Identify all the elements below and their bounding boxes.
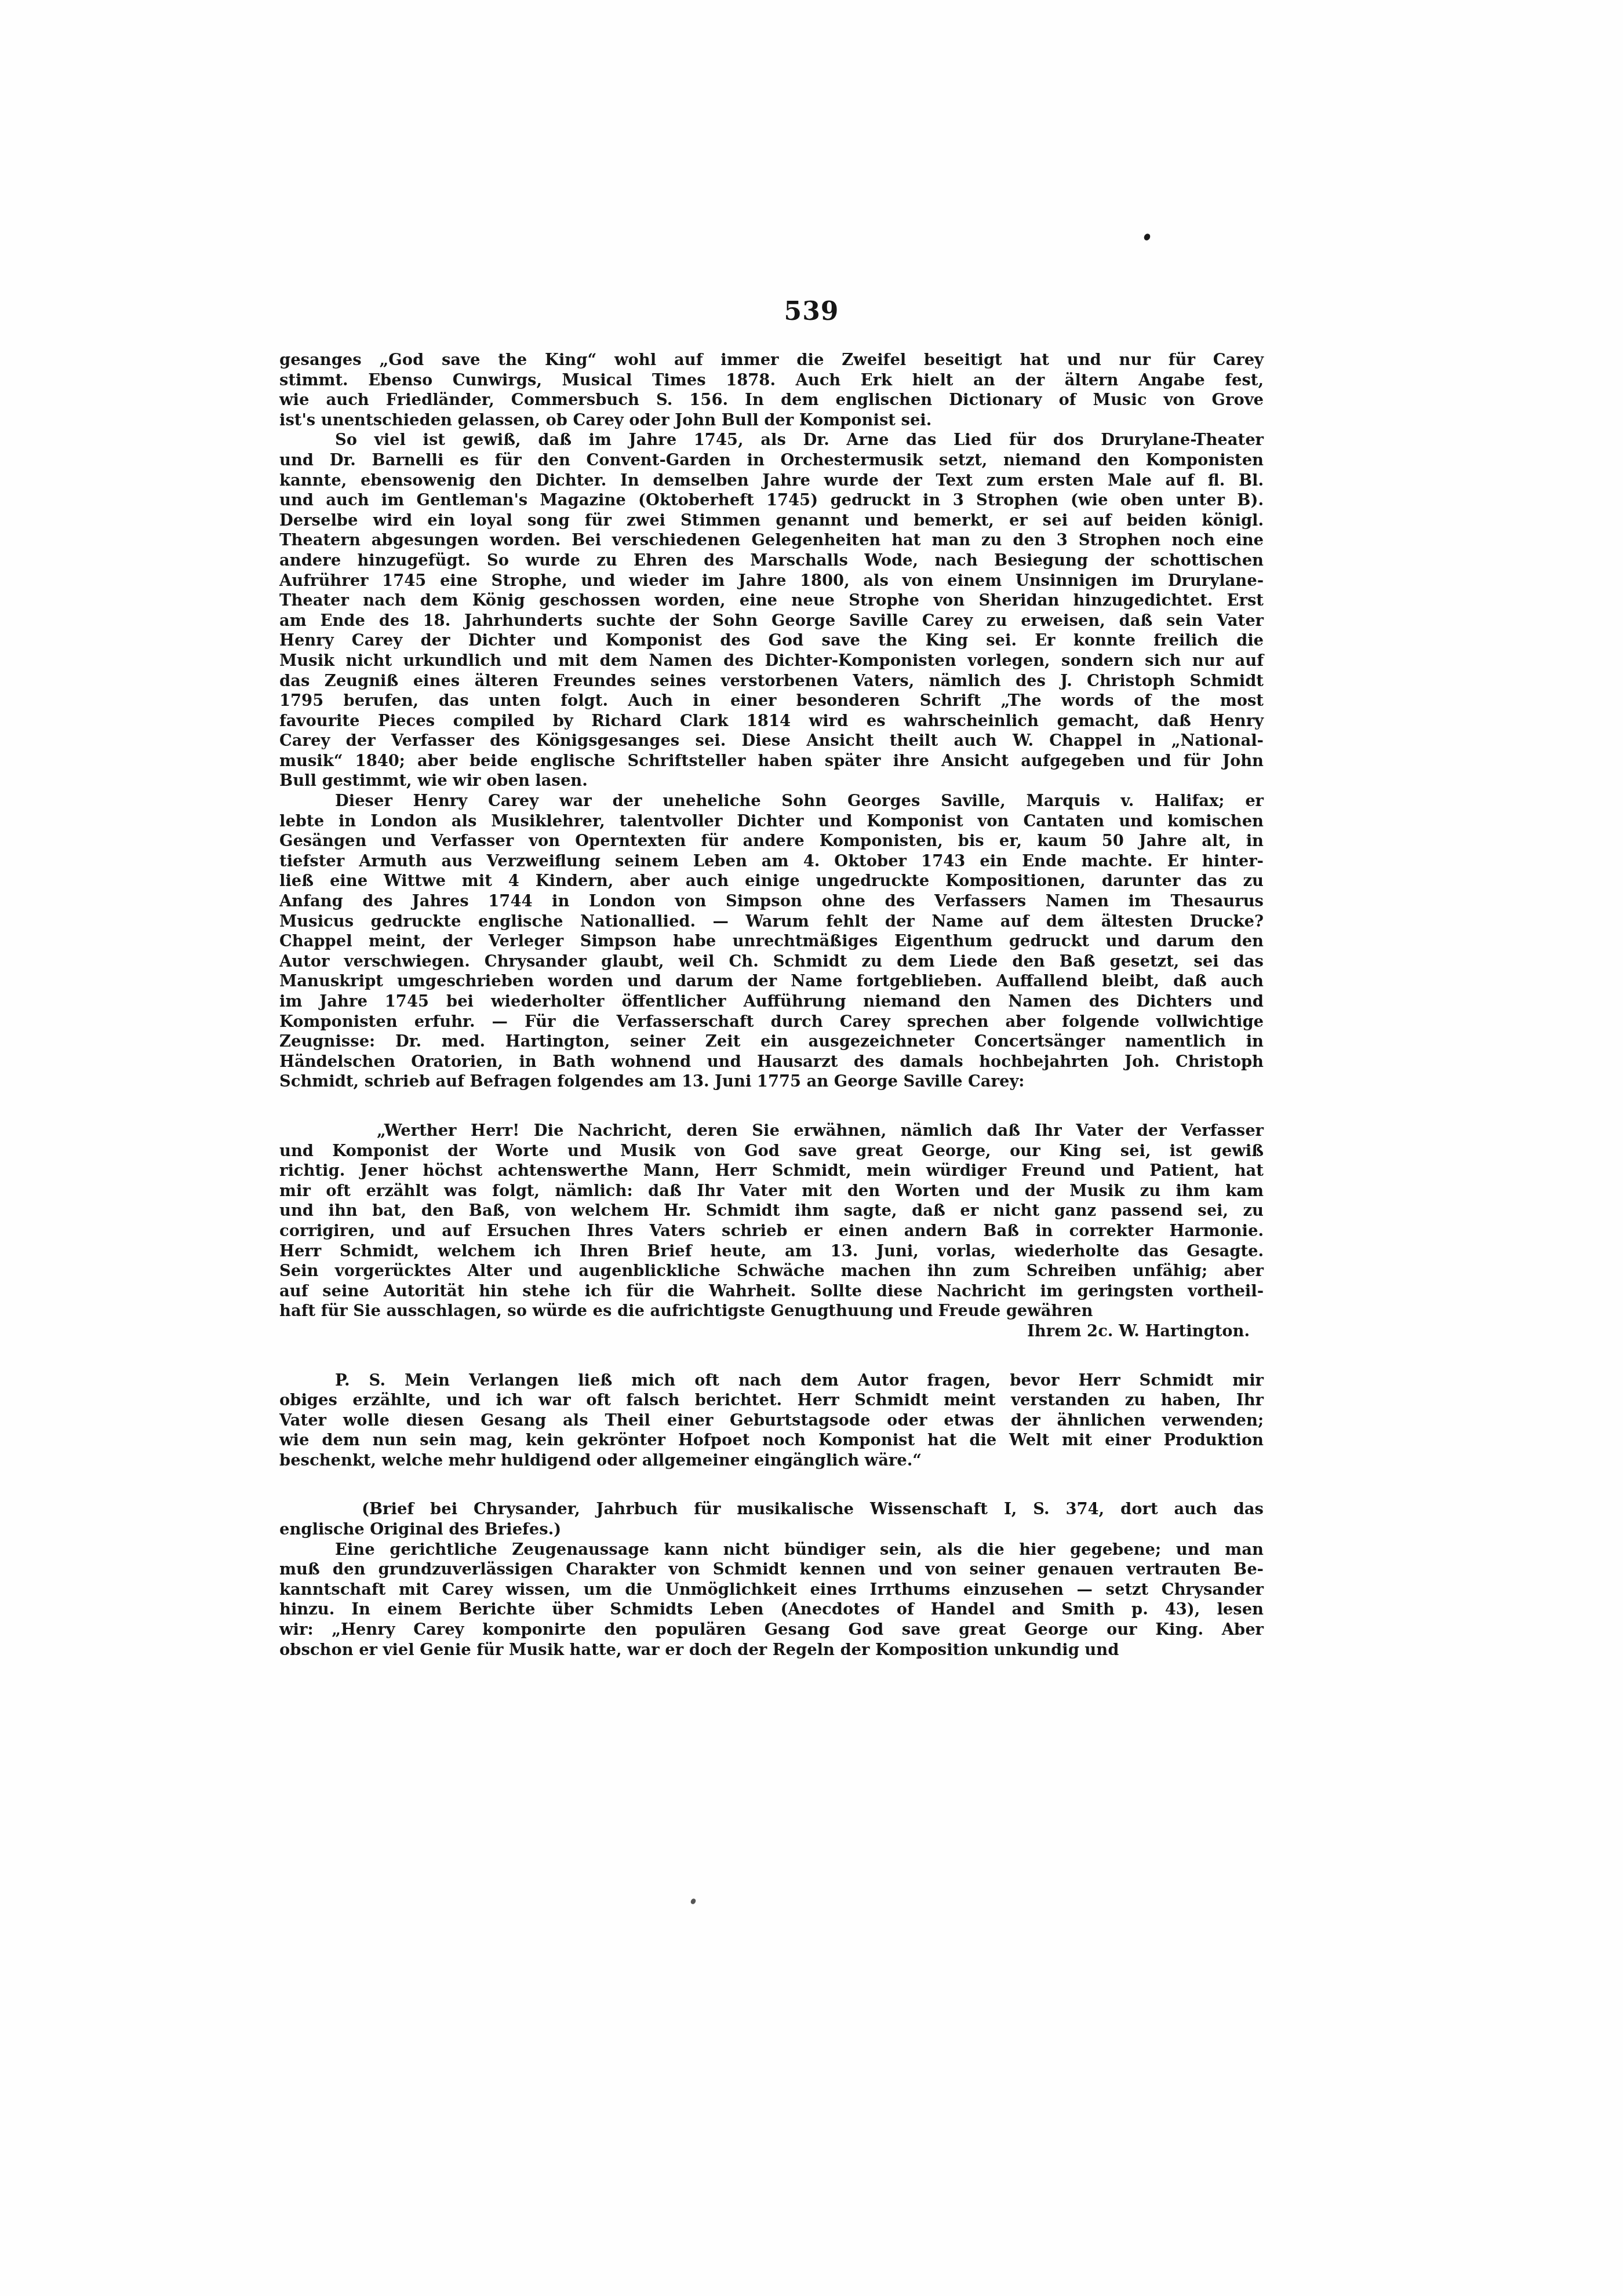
text-line: musik“ 1840; aber beide englische Schrif… bbox=[279, 751, 1264, 771]
text-line: Komponisten erfuhr. — Für die Verfassers… bbox=[279, 1012, 1264, 1032]
text-line: Theater nach dem König geschossen worden… bbox=[279, 591, 1264, 611]
paragraph-spacing bbox=[279, 1470, 1264, 1499]
scan-speck bbox=[1143, 232, 1152, 241]
text-line: Herr Schmidt, welchem ich Ihren Brief he… bbox=[279, 1241, 1264, 1262]
paragraph-p4: Eine gerichtliche Zeugenaussage kann nic… bbox=[279, 1540, 1264, 1660]
text-line: hinzu. In einem Berichte über Schmidts L… bbox=[279, 1599, 1264, 1620]
text-line: am Ende des 18. Jahrhunderts suchte der … bbox=[279, 611, 1264, 631]
paragraph-letter: „Werther Herr! Die Nachricht, deren Sie … bbox=[279, 1121, 1264, 1342]
paragraph-spacing bbox=[279, 1092, 1264, 1121]
text-line: Musik nicht urkundlich und mit dem Namen… bbox=[279, 651, 1264, 671]
text-line: So viel ist gewiß, daß im Jahre 1745, al… bbox=[279, 430, 1264, 450]
text-line: Zeugnisse: Dr. med. Hartington, seiner Z… bbox=[279, 1032, 1264, 1052]
text-line: mir oft erzählt was folgt, nämlich: daß … bbox=[279, 1181, 1264, 1201]
text-line: andere hinzugefügt. So wurde zu Ehren de… bbox=[279, 551, 1264, 571]
text-line: Schmidt, schrieb auf Befragen folgendes … bbox=[279, 1072, 1264, 1092]
text-line: ist's unentschieden gelassen, ob Carey o… bbox=[279, 410, 1264, 431]
text-line: Autor verschwiegen. Chrysander glaubt, w… bbox=[279, 952, 1264, 972]
paragraph-spacing bbox=[279, 1342, 1264, 1371]
text-line: Sein vorgerücktes Alter und augenblickli… bbox=[279, 1261, 1264, 1281]
text-line: Vater wolle diesen Gesang als Theil eine… bbox=[279, 1411, 1264, 1431]
text-line: wir: „Henry Carey komponirte den populär… bbox=[279, 1620, 1264, 1640]
body-text-column: gesanges „God save the King“ wohl auf im… bbox=[279, 350, 1264, 1660]
text-line: tiefster Armuth aus Verzweiflung seinem … bbox=[279, 851, 1264, 872]
text-line: (Brief bei Chrysander, Jahrbuch für musi… bbox=[279, 1499, 1264, 1519]
text-line: das Zeugniß eines älteren Freundes seine… bbox=[279, 671, 1264, 691]
text-line: haft für Sie ausschlagen, so würde es di… bbox=[279, 1301, 1264, 1321]
scan-speck bbox=[690, 1898, 697, 1905]
text-line: corrigiren, und auf Ersuchen Ihres Vater… bbox=[279, 1221, 1264, 1241]
text-line: Dieser Henry Carey war der uneheliche So… bbox=[279, 791, 1264, 811]
text-line: und Komponist der Worte und Musik von Go… bbox=[279, 1141, 1264, 1161]
paragraph-p3: Dieser Henry Carey war der uneheliche So… bbox=[279, 791, 1264, 1092]
text-line: im Jahre 1745 bei wiederholter öffentlic… bbox=[279, 992, 1264, 1012]
text-line: richtig. Jener höchst achtenswerthe Mann… bbox=[279, 1161, 1264, 1181]
text-line: wie dem nun sein mag, kein gekrönter Hof… bbox=[279, 1430, 1264, 1451]
paragraph-p1: gesanges „God save the King“ wohl auf im… bbox=[279, 350, 1264, 430]
text-line: P. S. Mein Verlangen ließ mich oft nach … bbox=[279, 1371, 1264, 1391]
text-line: Carey der Verfasser des Königsgesanges s… bbox=[279, 731, 1264, 751]
letter-signature: Ihrem 2c. W. Hartington. bbox=[279, 1321, 1264, 1342]
text-line: Anfang des Jahres 1744 in London von Sim… bbox=[279, 891, 1264, 912]
text-line: Chappel meint, der Verleger Simpson habe… bbox=[279, 931, 1264, 952]
scanned-book-page: 539 gesanges „God save the King“ wohl au… bbox=[0, 0, 1623, 2296]
text-line: obiges erzählte, und ich war oft falsch … bbox=[279, 1390, 1264, 1411]
text-line: Musicus gedruckte englische Nationallied… bbox=[279, 912, 1264, 932]
text-line: englische Original des Briefes.) bbox=[279, 1519, 1264, 1540]
text-line: favourite Pieces compiled by Richard Cla… bbox=[279, 711, 1264, 731]
text-line: Manuskript umgeschrieben worden und daru… bbox=[279, 971, 1264, 992]
text-line: Theatern abgesungen worden. Bei verschie… bbox=[279, 530, 1264, 551]
text-line: kanntschaft mit Carey wissen, um die Unm… bbox=[279, 1580, 1264, 1600]
text-line: kannte, ebensowenig den Dichter. In dems… bbox=[279, 471, 1264, 491]
page-number: 539 bbox=[0, 297, 1623, 326]
paragraph-p2: So viel ist gewiß, daß im Jahre 1745, al… bbox=[279, 430, 1264, 791]
text-line: und Dr. Barnelli es für den Convent-Gard… bbox=[279, 450, 1264, 471]
text-line: ließ eine Wittwe mit 4 Kindern, aber auc… bbox=[279, 871, 1264, 891]
text-line: Gesängen und Verfasser von Operntexten f… bbox=[279, 831, 1264, 851]
text-line: Händelschen Oratorien, in Bath wohnend u… bbox=[279, 1052, 1264, 1072]
text-line: stimmt. Ebenso Cunwirgs, Musical Times 1… bbox=[279, 370, 1264, 391]
text-line: Derselbe wird ein loyal song für zwei St… bbox=[279, 511, 1264, 531]
text-line: Bull gestimmt, wie wir oben lasen. bbox=[279, 771, 1264, 791]
text-line: obschon er viel Genie für Musik hatte, w… bbox=[279, 1640, 1264, 1660]
text-line: und ihn bat, den Baß, von welchem Hr. Sc… bbox=[279, 1201, 1264, 1221]
text-line: Aufrührer 1745 eine Strophe, und wieder … bbox=[279, 571, 1264, 591]
text-line: „Werther Herr! Die Nachricht, deren Sie … bbox=[279, 1121, 1264, 1141]
text-line: gesanges „God save the King“ wohl auf im… bbox=[279, 350, 1264, 370]
paragraph-postscript: P. S. Mein Verlangen ließ mich oft nach … bbox=[279, 1371, 1264, 1471]
text-line: beschenkt, welche mehr huldigend oder al… bbox=[279, 1451, 1264, 1471]
text-line: und auch im Gentleman's Magazine (Oktobe… bbox=[279, 490, 1264, 511]
text-line: auf seine Autorität hin stehe ich für di… bbox=[279, 1281, 1264, 1302]
text-line: 1795 berufen, das unten folgt. Auch in e… bbox=[279, 691, 1264, 711]
text-line: lebte in London als Musiklehrer, talentv… bbox=[279, 811, 1264, 832]
text-line: muß den grundzuverlässigen Charakter von… bbox=[279, 1559, 1264, 1580]
paragraph-source-note: (Brief bei Chrysander, Jahrbuch für musi… bbox=[279, 1499, 1264, 1539]
text-line: Eine gerichtliche Zeugenaussage kann nic… bbox=[279, 1540, 1264, 1560]
text-line: Henry Carey der Dichter und Komponist de… bbox=[279, 631, 1264, 651]
text-line: wie auch Friedländer, Commersbuch S. 156… bbox=[279, 390, 1264, 410]
